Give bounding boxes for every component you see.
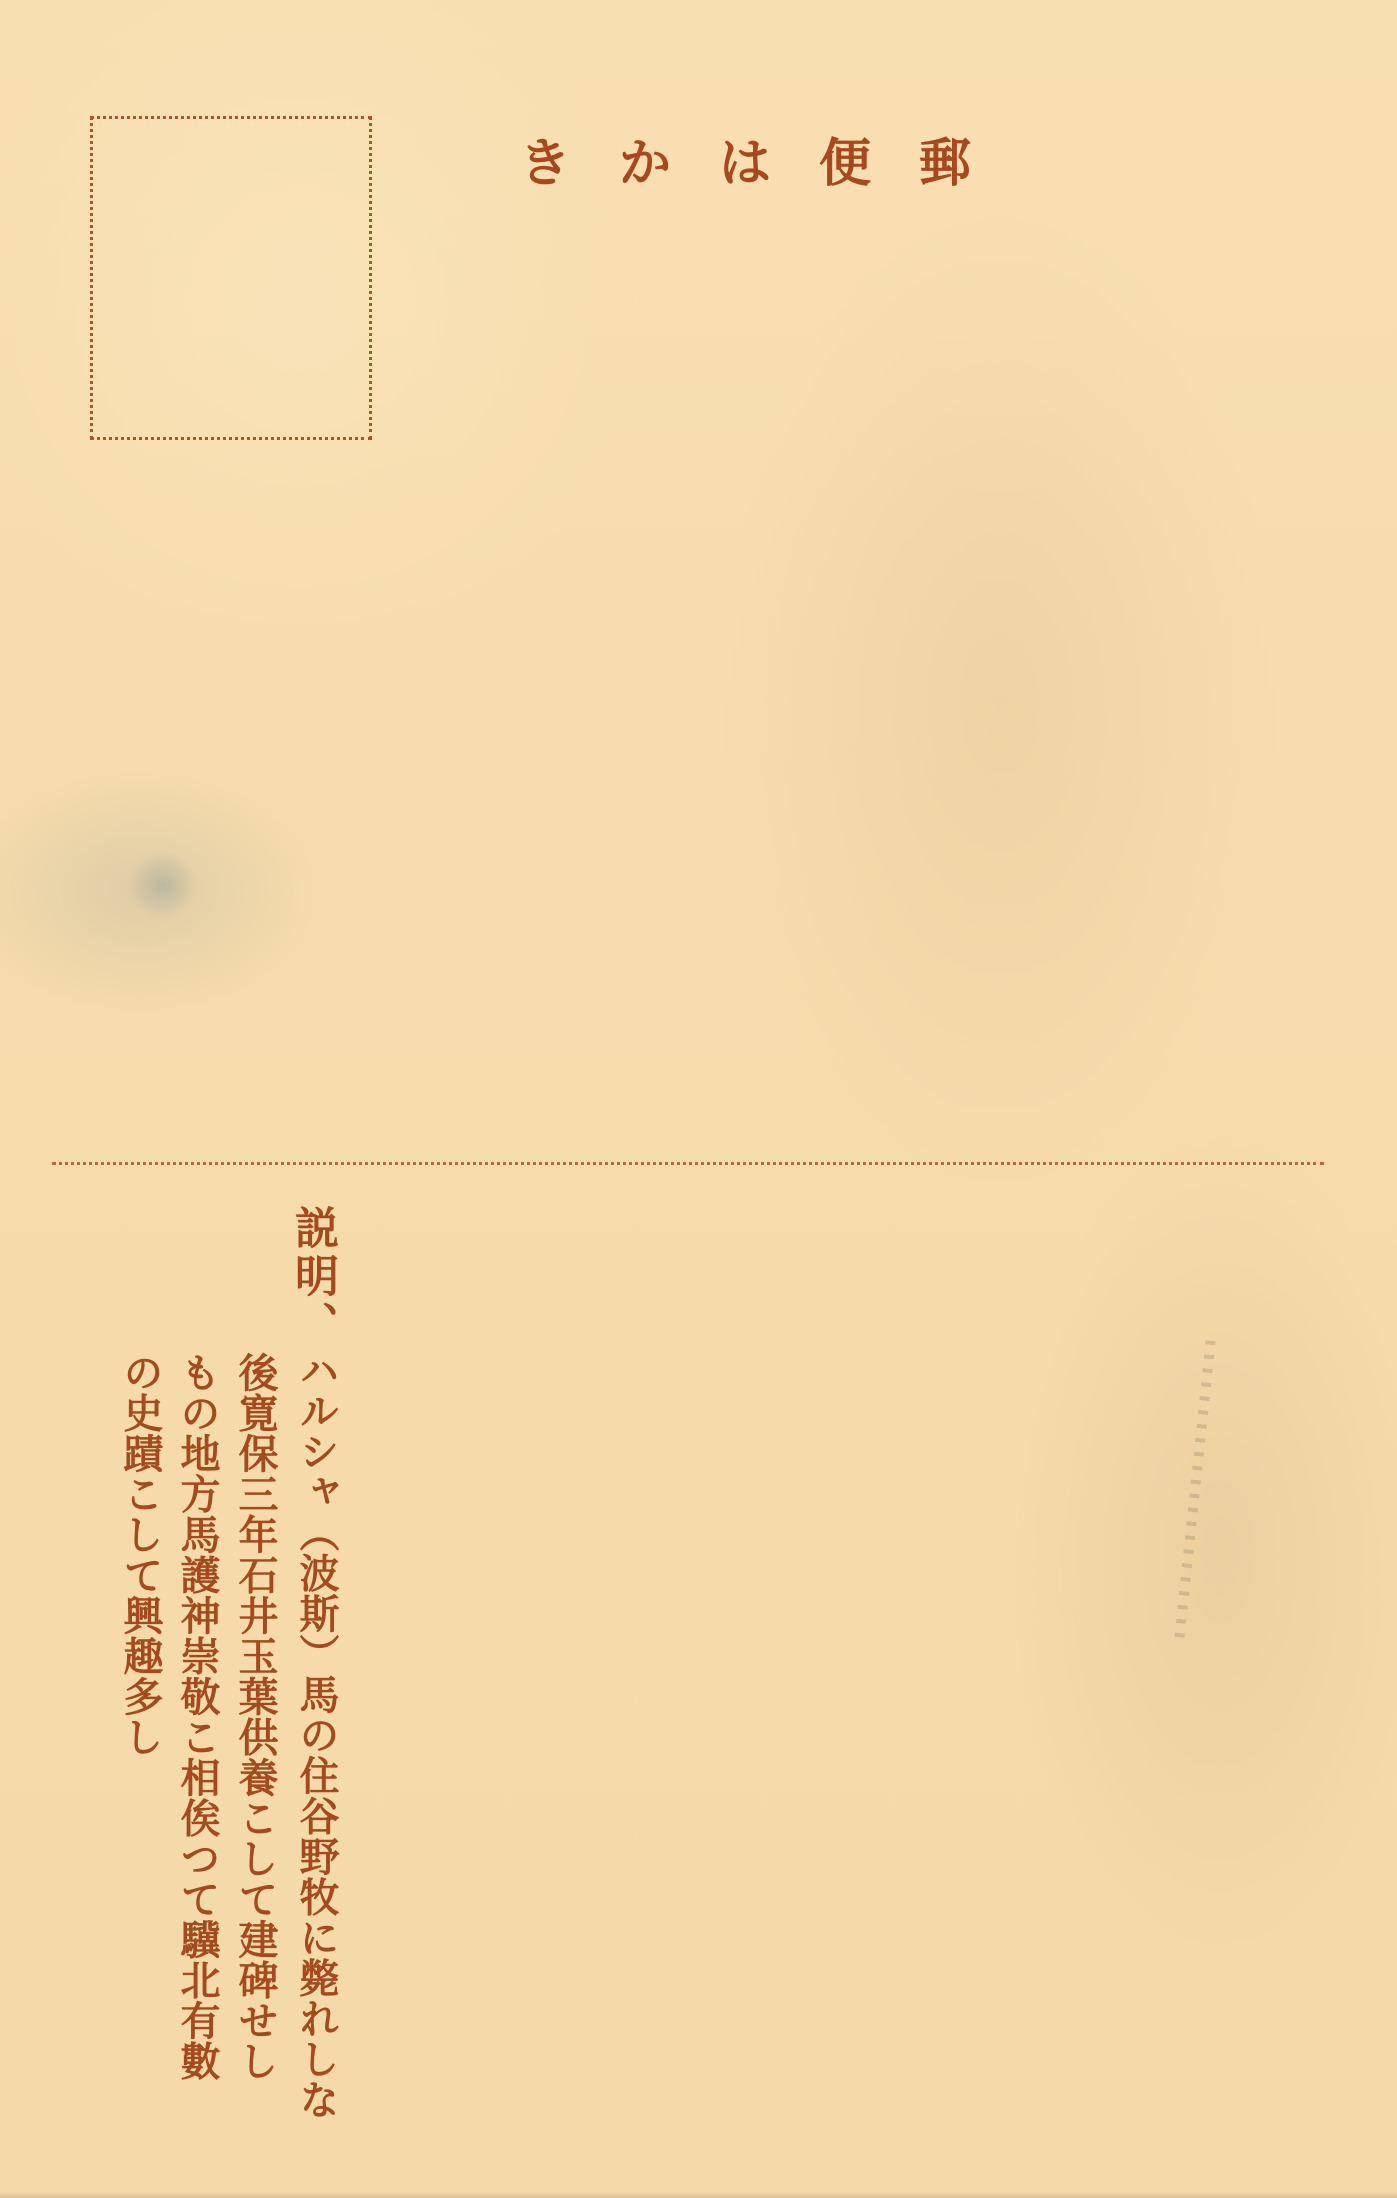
description-column-3: もの地方馬護神崇敬こ相俟つて驥北有數 xyxy=(177,1352,217,2081)
description-heading: 説明、 xyxy=(290,1205,334,1349)
title-char: 便 xyxy=(815,121,875,196)
ink-smudge xyxy=(128,850,198,920)
description-column-4: の史蹟こして興趣多し xyxy=(120,1352,160,1757)
title-char: き xyxy=(515,121,575,196)
description-column-1: ハルシャ（波斯）馬の住谷野牧に斃れしな xyxy=(296,1350,336,2120)
dotted-divider xyxy=(52,1162,1324,1165)
stamp-box xyxy=(90,116,372,440)
title-char: か xyxy=(615,121,675,196)
paper-stain xyxy=(1174,1340,1215,1639)
title-char: は xyxy=(715,121,775,196)
postcard-title: 郵 便 は か き xyxy=(515,118,975,198)
card-bottom-edge xyxy=(0,2192,1397,2198)
description-column-2: 後寛保三年石井玉葉供養こして建碑せし xyxy=(235,1352,275,2081)
title-char: 郵 xyxy=(915,121,975,196)
postcard-back: 郵 便 は か き 説明、 ハルシャ（波斯）馬の住谷野牧に斃れしな 後寛保三年石… xyxy=(0,0,1397,2198)
